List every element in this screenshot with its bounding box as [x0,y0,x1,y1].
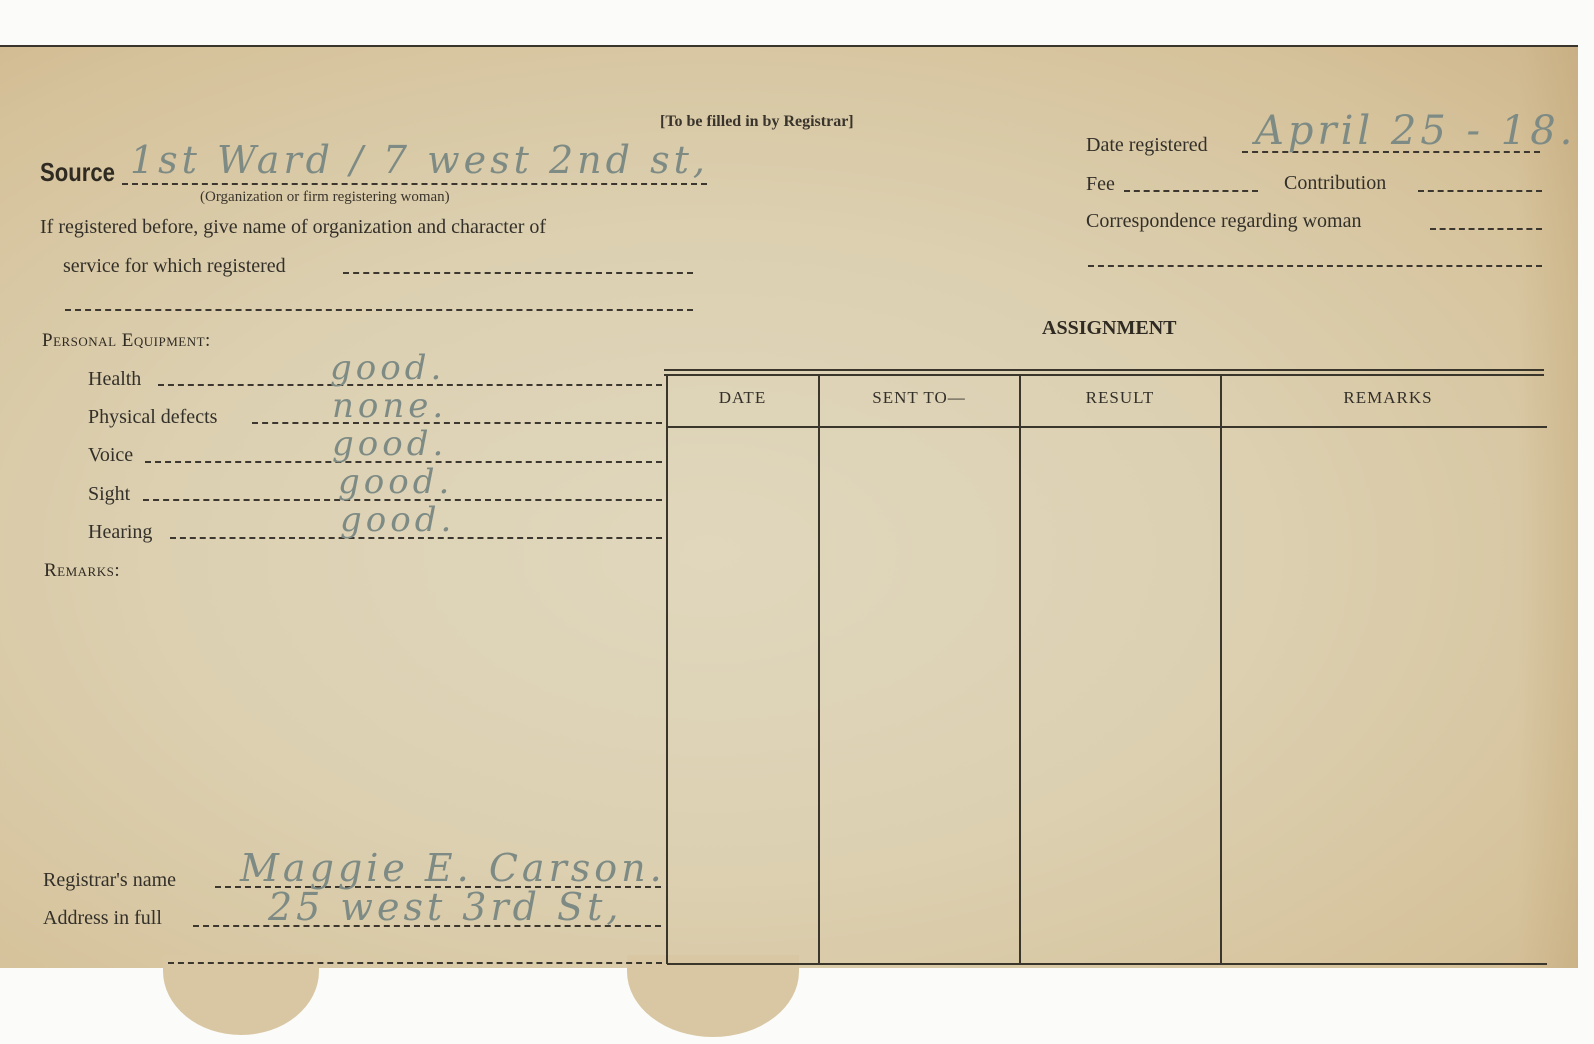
previous-registration-text: If registered before, give name of organ… [40,216,546,239]
previous-registration-line-2[interactable] [65,309,693,311]
source-value[interactable]: 1st Ward / 7 west 2nd st, [130,138,709,182]
index-tab-right [627,955,799,1037]
assignment-cell-remarks[interactable] [1221,428,1547,963]
voice-value[interactable]: good. [332,424,447,464]
hearing-label: Hearing [88,521,152,544]
voice-label: Voice [88,444,133,467]
source-caption: (Organization or firm registering woman) [200,189,450,206]
assignment-table-bottom-rule [667,963,1547,965]
assignment-cell-sent-to[interactable] [819,428,1019,963]
assignment-header-remarks: REMARKS [1221,388,1555,408]
hearing-value[interactable]: good. [340,500,455,540]
source-line [122,183,707,185]
assignment-cell-result[interactable] [1020,428,1220,963]
address-line-2[interactable] [168,962,662,964]
physical-defects-line [252,422,662,424]
assignment-header-sent-to: SENT TO— [819,388,1019,408]
sight-value[interactable]: good. [338,462,453,502]
health-value[interactable]: good. [330,348,445,388]
assignment-title: ASSIGNMENT [1042,317,1176,340]
correspondence-label: Correspondence regarding woman [1086,210,1361,233]
sight-label: Sight [88,483,130,506]
physical-defects-value[interactable]: none. [332,386,447,426]
previous-registration-service-label: service for which registered [63,255,286,278]
health-label: Health [88,368,141,391]
assignment-cell-date[interactable] [667,428,818,963]
previous-registration-line-1[interactable] [343,272,693,274]
fee-label: Fee [1086,173,1115,196]
registrar-name-value[interactable]: Maggie E. Carson. [240,846,666,890]
fee-line[interactable] [1124,190,1258,192]
assignment-header-date: DATE [667,388,818,408]
remarks-label: Remarks: [44,560,120,582]
source-label: Source [40,157,115,188]
assignment-table-top-rule-2 [664,374,1544,376]
assignment-table-top-rule [664,369,1544,371]
physical-defects-label: Physical defects [88,406,217,429]
correspondence-line-1[interactable] [1430,228,1542,230]
registrar-note: [To be filled in by Registrar] [660,113,854,131]
contribution-line[interactable] [1418,190,1542,192]
contribution-label: Contribution [1284,172,1386,195]
personal-equipment-title: Personal Equipment: [42,330,211,352]
address-label: Address in full [43,907,162,930]
assignment-header-result: RESULT [1020,388,1220,408]
address-value[interactable]: 25 west 3rd St, [268,885,622,929]
index-tab-left [163,955,319,1035]
date-registered-label: Date registered [1086,134,1208,157]
correspondence-line-2[interactable] [1088,265,1542,267]
date-registered-value[interactable]: April 25 - 18. [1255,108,1576,154]
registrar-name-label: Registrar's name [43,869,176,892]
